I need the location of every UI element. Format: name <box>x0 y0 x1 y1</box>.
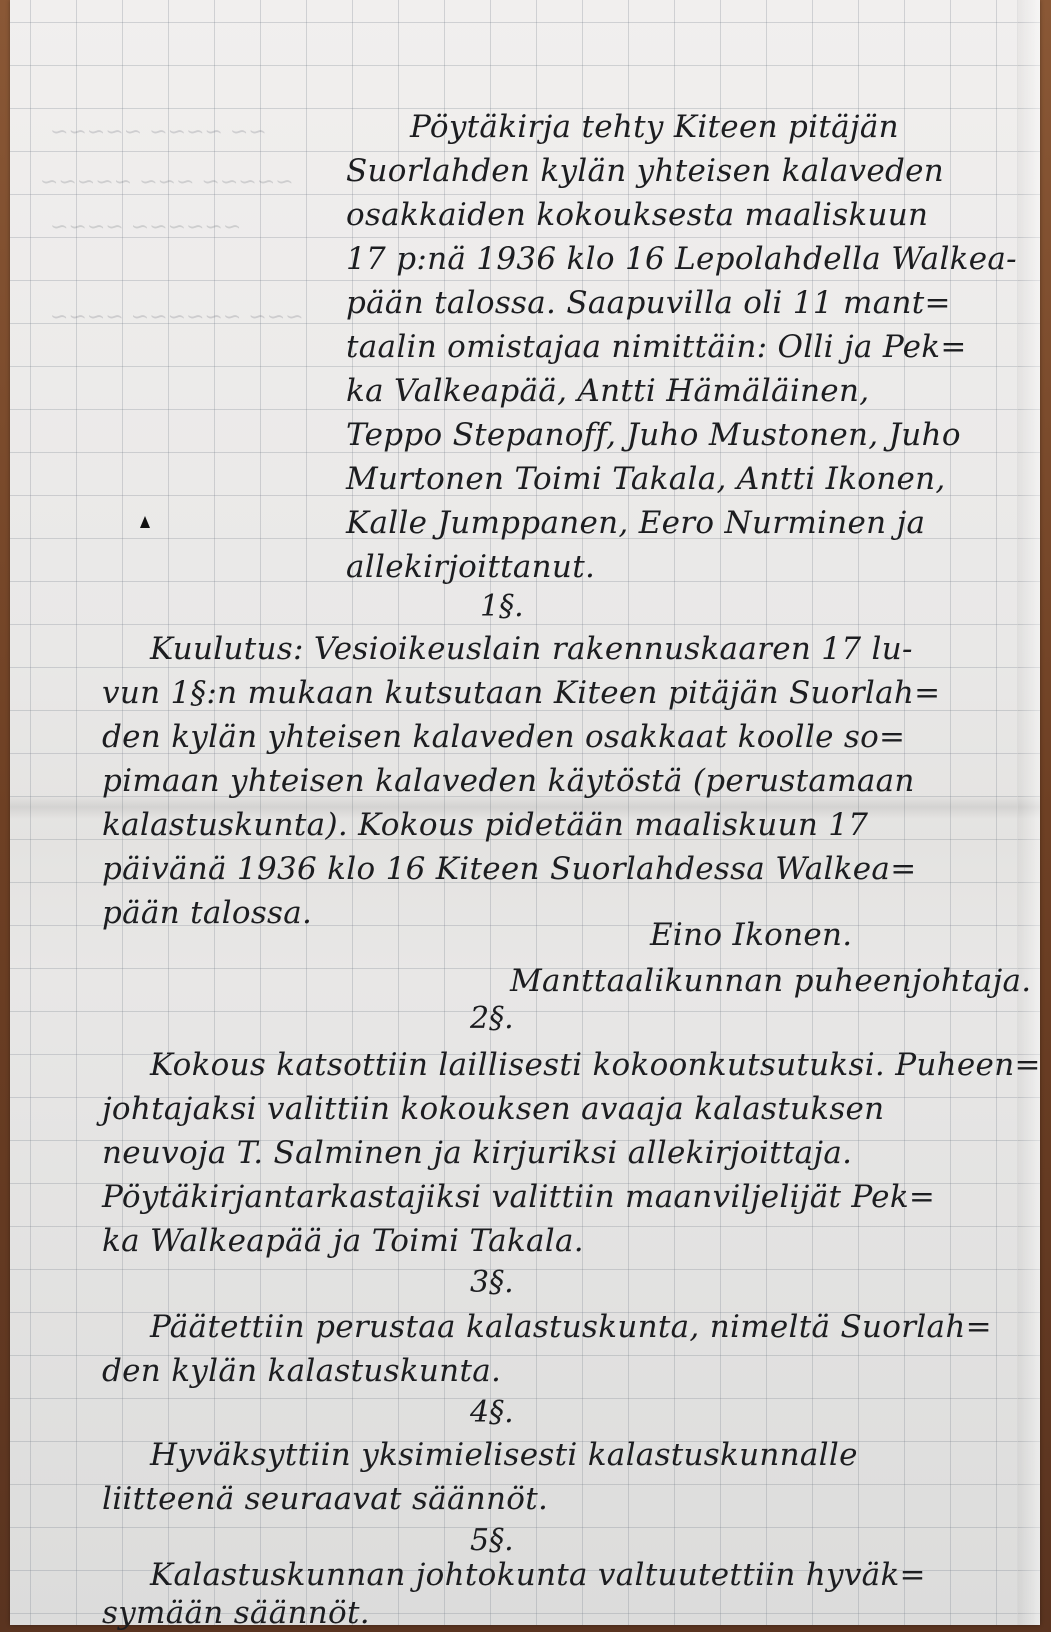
intro-line: taalin omistajaa nimittäin: Olli ja Pek= <box>346 332 967 363</box>
signature-title: Manttaalikunnan puheenjohtaja. <box>510 966 1031 997</box>
section-heading: 5§. <box>470 1526 514 1556</box>
section-heading: 3§. <box>470 1268 514 1298</box>
bleed-through-text: ~~~ ~~~~~~ ~~~~ <box>50 305 304 330</box>
intro-line: 17 p:nä 1936 klo 16 Lepolahdella Walkea- <box>346 244 1017 275</box>
section-line: pimaan yhteisen kalaveden käytöstä (peru… <box>102 766 915 797</box>
section-line: päivänä 1936 klo 16 Kiteen Suorlahdessa … <box>102 854 916 885</box>
intro-line: Teppo Stepanoff, Juho Mustonen, Juho <box>346 420 961 451</box>
page-edge <box>1017 0 1040 1625</box>
intro-line: ka Valkeapää, Antti Hämäläinen, <box>346 376 869 407</box>
intro-line: allekirjoittanut. <box>346 552 595 583</box>
intro-line: Suorlahden kylän yhteisen kalaveden <box>346 156 944 187</box>
section-line: johtajaksi valittiin kokouksen avaaja ka… <box>102 1094 884 1125</box>
section-line: pään talossa. <box>102 898 312 929</box>
section-line: vun 1§:n mukaan kutsutaan Kiteen pitäjän… <box>102 678 940 709</box>
section-line: Pöytäkirjantarkastajiksi valittiin maanv… <box>102 1182 935 1213</box>
intro-line: Pöytäkirja tehty Kiteen pitäjän <box>410 112 899 143</box>
intro-line: Kalle Jumppanen, Eero Nurminen ja <box>346 508 925 539</box>
bleed-through-text: ~~ ~~~~ ~~~~~ <box>50 120 267 145</box>
section-line: symään säännöt. <box>102 1598 370 1629</box>
section-heading: 1§. <box>480 592 524 622</box>
section-line: Päätettiin perustaa kalastuskunta, nimel… <box>150 1312 992 1343</box>
intro-line: pään talossa. Saapuvilla oli 11 mant= <box>346 288 951 319</box>
section-line: den kylän yhteisen kalaveden osakkaat ko… <box>102 722 905 753</box>
section-line: liitteenä seuraavat säännöt. <box>102 1484 548 1515</box>
intro-line: osakkaiden kokouksesta maaliskuun <box>346 200 928 231</box>
section-heading: 4§. <box>470 1398 514 1428</box>
section-line: den kylän kalastuskunta. <box>102 1356 501 1387</box>
section-line: neuvoja T. Salminen ja kirjuriksi alleki… <box>102 1138 852 1169</box>
section-line: Kokous katsottiin laillisesti kokoonkuts… <box>150 1050 1041 1081</box>
document-page: ~~ ~~~~ ~~~~~ ~~~~~ ~~~ ~~~~~ ~~~~~~ ~~~… <box>10 0 1040 1625</box>
bleed-through-text: ~~~~~~ ~~~~ <box>50 215 241 240</box>
signature-name: Eino Ikonen. <box>650 920 852 951</box>
section-line: Kalastuskunnan johtokunta valtuutettiin … <box>150 1560 926 1591</box>
bleed-through-text: ~~~~~ ~~~ ~~~~~ <box>40 170 294 195</box>
section-line: kalastuskunta). Kokous pidetään maalisku… <box>102 810 868 841</box>
ink-mark <box>140 516 150 528</box>
section-line: Kuulutus: Vesioikeuslain rakennuskaaren … <box>150 634 913 665</box>
section-line: ka Walkeapää ja Toimi Takala. <box>102 1226 584 1257</box>
section-line: Hyväksyttiin yksimielisesti kalastuskunn… <box>150 1440 858 1471</box>
intro-line: Murtonen Toimi Takala, Antti Ikonen, <box>346 464 946 495</box>
section-heading: 2§. <box>470 1004 514 1034</box>
